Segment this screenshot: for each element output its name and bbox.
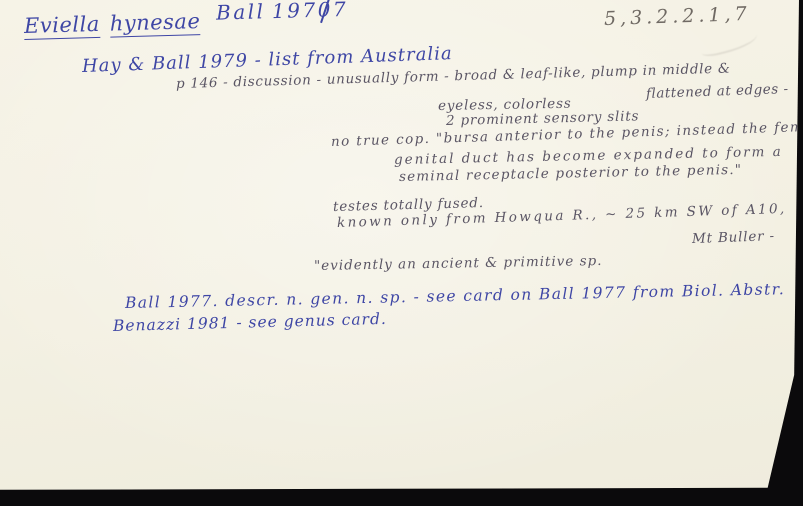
struck-digit: 0 xyxy=(317,0,333,22)
index-card: EviellahynesaeBall 19707 5,3.2.2.1,7 Hay… xyxy=(0,0,803,506)
year-final: 7 xyxy=(333,0,349,21)
faint-pencil-mark xyxy=(699,27,760,58)
author: Ball xyxy=(216,0,266,25)
note-mt-buller: Mt Buller - xyxy=(692,228,775,247)
photo-backdrop: { "colors": { "blue_ink": "#3e46a5", "pe… xyxy=(0,0,803,506)
note-flattened-edges: flattened at edges - xyxy=(646,81,789,102)
reference-benazzi-1981: Benazzi 1981 - see genus card. xyxy=(113,310,387,335)
species-name: hynesae xyxy=(109,9,200,38)
reference-ball-1977: Ball 1977. descr. n. gen. n. sp. - see c… xyxy=(125,280,785,312)
note-ancient-primitive: "evidently an ancient & primitive sp. xyxy=(314,253,603,274)
genus-name: Eviella xyxy=(24,12,100,40)
author-year: Ball 19707 xyxy=(216,0,349,25)
species-title: EviellahynesaeBall 19707 xyxy=(24,5,349,38)
classification-code: 5,3.2.2.1,7 xyxy=(604,3,751,30)
year-prefix: 197 xyxy=(272,0,318,23)
